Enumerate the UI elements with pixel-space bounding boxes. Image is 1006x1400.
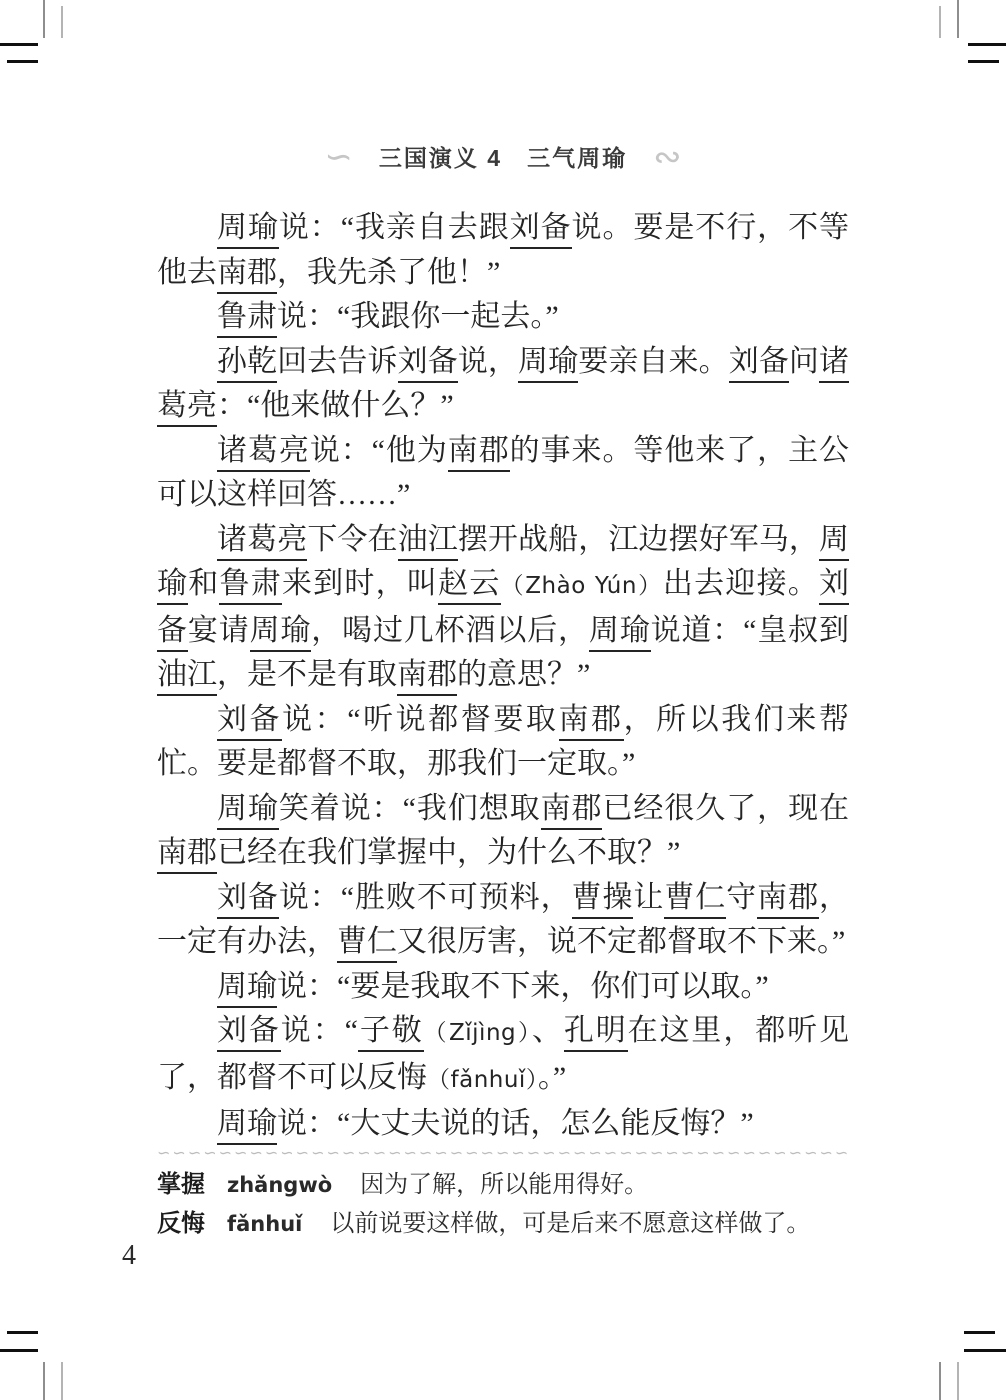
text-run: 要亲自来。 (578, 345, 729, 378)
proper-name-underlined: 南郡 (448, 434, 510, 472)
page-number: 4 (122, 1240, 136, 1272)
glossary-row: 掌握zhǎngwò因为了解，所以能用得好。 (157, 1168, 857, 1202)
proper-name-underlined: 南郡 (559, 703, 624, 741)
proper-name-underlined: 曹仁 (337, 925, 397, 963)
crop-mark-top-left-horizontal-1 (0, 43, 38, 46)
running-head: ∽ 三国演义 4 三气周瑜 ∾ (0, 140, 1006, 173)
paragraph: 刘备说：“胜败不可预料，曹操让曹仁守南郡，一定有办法，曹仁又很厉害，说不定都督取… (157, 876, 849, 965)
text-run: 说：“我跟你一起去。” (277, 300, 559, 333)
text-run: 。” (538, 1061, 566, 1094)
text-run: 说：“要是我取不下来，你们可以取。” (277, 970, 769, 1003)
proper-name-underlined: 子敬 (358, 1014, 424, 1052)
glossary-term: 反悔 (157, 1210, 205, 1237)
text-run: 守 (726, 881, 757, 914)
proper-name-underlined: 刘备 (398, 345, 458, 383)
crop-mark-bottom-right-vertical-2 (957, 1362, 959, 1400)
proper-name-underlined: 赵云 (438, 567, 500, 605)
text-run: 的意思？” (457, 658, 590, 691)
proper-name-underlined: 南郡 (541, 792, 603, 830)
text-run: 说， (458, 345, 518, 378)
pinyin-annotation: （Zhào Yún） (501, 573, 663, 599)
paragraph: 周瑜说：“要是我取不下来，你们可以取。” (157, 965, 849, 1010)
crop-mark-top-right-vertical-1 (957, 0, 959, 38)
proper-name-underlined: 曹操 (572, 881, 634, 919)
text-run: 回去告诉 (277, 345, 397, 378)
proper-name-underlined: 南郡 (217, 256, 277, 294)
chapter-title: 三国演义 4 三气周瑜 (379, 140, 627, 173)
proper-name-underlined: 周瑜 (518, 345, 578, 383)
text-run: 、 (532, 1014, 564, 1047)
crop-mark-top-right-vertical-2 (939, 6, 941, 38)
text-run: 说道：“皇叔到 (651, 614, 849, 647)
text-run: 和 (188, 567, 219, 600)
glossary-definition: 以前说要这样做，可是后来不愿意这样做了。 (330, 1211, 810, 1237)
proper-name-underlined: 曹仁 (664, 881, 726, 919)
paragraph: 刘备说：“听说都督要取南郡，所以我们来帮忙。要是都督不取，那我们一定取。” (157, 698, 849, 787)
proper-name-underlined: 油江 (398, 523, 458, 561)
text-run: 说：“大丈夫说的话，怎么能反悔？” (277, 1107, 754, 1140)
glossary-pinyin: zhǎngwò (227, 1173, 332, 1197)
glossary-pinyin: fǎnhuǐ (227, 1212, 302, 1236)
text-run: 宴请 (188, 614, 250, 647)
paragraph: 周瑜说：“我亲自去跟刘备说。要是不行，不等他去南郡，我先杀了他！” (157, 206, 849, 295)
text-run: 说：“胜败不可预料， (279, 881, 572, 914)
proper-name-underlined: 周瑜 (217, 970, 277, 1008)
crop-mark-top-left-vertical-1 (43, 0, 45, 38)
proper-name-underlined: 周瑜 (217, 792, 279, 830)
proper-name-underlined: 周瑜 (217, 211, 279, 249)
crop-mark-bottom-left-horizontal-1 (7, 1331, 38, 1334)
text-run: 说：“ (281, 1014, 358, 1047)
text-run: ，喝过几杯酒以后， (311, 614, 589, 647)
text-run: 笑着说：“我们想取 (279, 792, 541, 825)
glossary-definition: 因为了解，所以能用得好。 (360, 1172, 648, 1198)
proper-name-underlined: 南郡 (757, 881, 819, 919)
text-run: ，是不是有取 (217, 658, 397, 691)
proper-name-underlined: 孔明 (564, 1014, 628, 1052)
crop-mark-bottom-left-vertical-1 (43, 1362, 45, 1400)
paragraph: 周瑜笑着说：“我们想取南郡已经很久了，现在南郡已经在我们掌握中，为什么不取？” (157, 787, 849, 876)
crop-mark-bottom-right-horizontal-1 (964, 1331, 995, 1334)
text-run: 下令在 (307, 523, 397, 556)
text-run: 让 (633, 881, 664, 914)
text-run: 说：“我亲自去跟 (279, 211, 510, 244)
text-run: 问 (789, 345, 819, 378)
proper-name-underlined: 刘备 (217, 703, 282, 741)
paragraph: 鲁肃说：“我跟你一起去。” (157, 295, 849, 340)
text-run: ，我先杀了他！” (277, 256, 500, 289)
text-run: 又很厉害，说不定都督取不下来。” (397, 925, 845, 958)
pinyin-annotation: （fǎnhuǐ） (427, 1067, 538, 1093)
crop-mark-bottom-left-vertical-2 (61, 1362, 63, 1400)
text-run: 摆开战船，江边摆好军马， (458, 523, 819, 556)
right-flourish-icon: ∾ (653, 143, 682, 171)
proper-name-underlined: 周瑜 (589, 614, 651, 652)
crop-mark-bottom-right-horizontal-2 (964, 1349, 1006, 1352)
text-run: ：“他来做什么？” (217, 389, 454, 422)
glossary-row: 反悔fǎnhuǐ以前说要这样做，可是后来不愿意这样做了。 (157, 1207, 857, 1241)
crop-mark-top-right-horizontal-2 (968, 60, 999, 63)
glossary-term: 掌握 (157, 1171, 205, 1198)
text-run: 已经在我们掌握中，为什么不取？” (217, 836, 680, 869)
text-run: 来到时，叫 (282, 567, 438, 600)
proper-name-underlined: 刘备 (217, 1014, 281, 1052)
text-run: 说：“听说都督要取 (282, 703, 558, 736)
paragraph: 周瑜说：“大丈夫说的话，怎么能反悔？” (157, 1102, 849, 1147)
proper-name-underlined: 诸葛亮 (217, 434, 310, 472)
proper-name-underlined: 南郡 (157, 836, 217, 874)
ornamental-divider: ∽∽∽∽∽∽∽∽∽∽∽∽∽∽∽∽∽∽∽∽∽∽∽∽∽∽∽∽∽∽∽∽∽∽∽∽∽∽∽∽… (157, 1142, 849, 1164)
proper-name-underlined: 刘备 (729, 345, 789, 383)
proper-name-underlined: 鲁肃 (219, 567, 281, 605)
left-flourish-icon: ∽ (324, 143, 353, 171)
text-run: 说：“他为 (310, 434, 448, 467)
text-run: 出去迎接。 (663, 567, 819, 600)
proper-name-underlined: 周瑜 (250, 614, 312, 652)
proper-name-underlined: 诸葛亮 (217, 523, 307, 561)
proper-name-underlined: 孙乾 (217, 345, 277, 383)
book-page: ∽ 三国演义 4 三气周瑜 ∾ 周瑜说：“我亲自去跟刘备说。要是不行，不等他去南… (0, 0, 1006, 1400)
glossary: 掌握zhǎngwò因为了解，所以能用得好。反悔fǎnhuǐ以前说要这样做，可是后… (157, 1168, 857, 1246)
paragraph: 诸葛亮下令在油江摆开战船，江边摆好军马，周瑜和鲁肃来到时，叫赵云（Zhào Yú… (157, 518, 849, 698)
crop-mark-top-left-vertical-2 (61, 6, 63, 38)
pinyin-annotation: （Zǐjìng） (424, 1020, 532, 1046)
paragraph: 诸葛亮说：“他为南郡的事来。等他来了，主公可以这样回答……” (157, 429, 849, 518)
crop-mark-top-left-horizontal-2 (7, 60, 38, 63)
text-run: 已经很久了，现在 (602, 792, 849, 825)
crop-mark-bottom-left-horizontal-2 (0, 1349, 38, 1352)
proper-name-underlined: 周瑜 (217, 1107, 277, 1145)
proper-name-underlined: 鲁肃 (217, 300, 277, 338)
paragraph: 刘备说：“子敬（Zǐjìng）、孔明在这里，都听见了，都督不可以反悔（fǎnhu… (157, 1009, 849, 1102)
paragraph: 孙乾回去告诉刘备说，周瑜要亲自来。刘备问诸葛亮：“他来做什么？” (157, 340, 849, 429)
proper-name-underlined: 南郡 (397, 658, 457, 696)
crop-mark-bottom-right-vertical-1 (939, 1362, 941, 1400)
proper-name-underlined: 油江 (157, 658, 217, 696)
story-text: 周瑜说：“我亲自去跟刘备说。要是不行，不等他去南郡，我先杀了他！”鲁肃说：“我跟… (157, 206, 849, 1147)
proper-name-underlined: 刘备 (217, 881, 279, 919)
proper-name-underlined: 刘备 (510, 211, 572, 249)
crop-mark-top-right-horizontal-1 (968, 43, 1006, 46)
